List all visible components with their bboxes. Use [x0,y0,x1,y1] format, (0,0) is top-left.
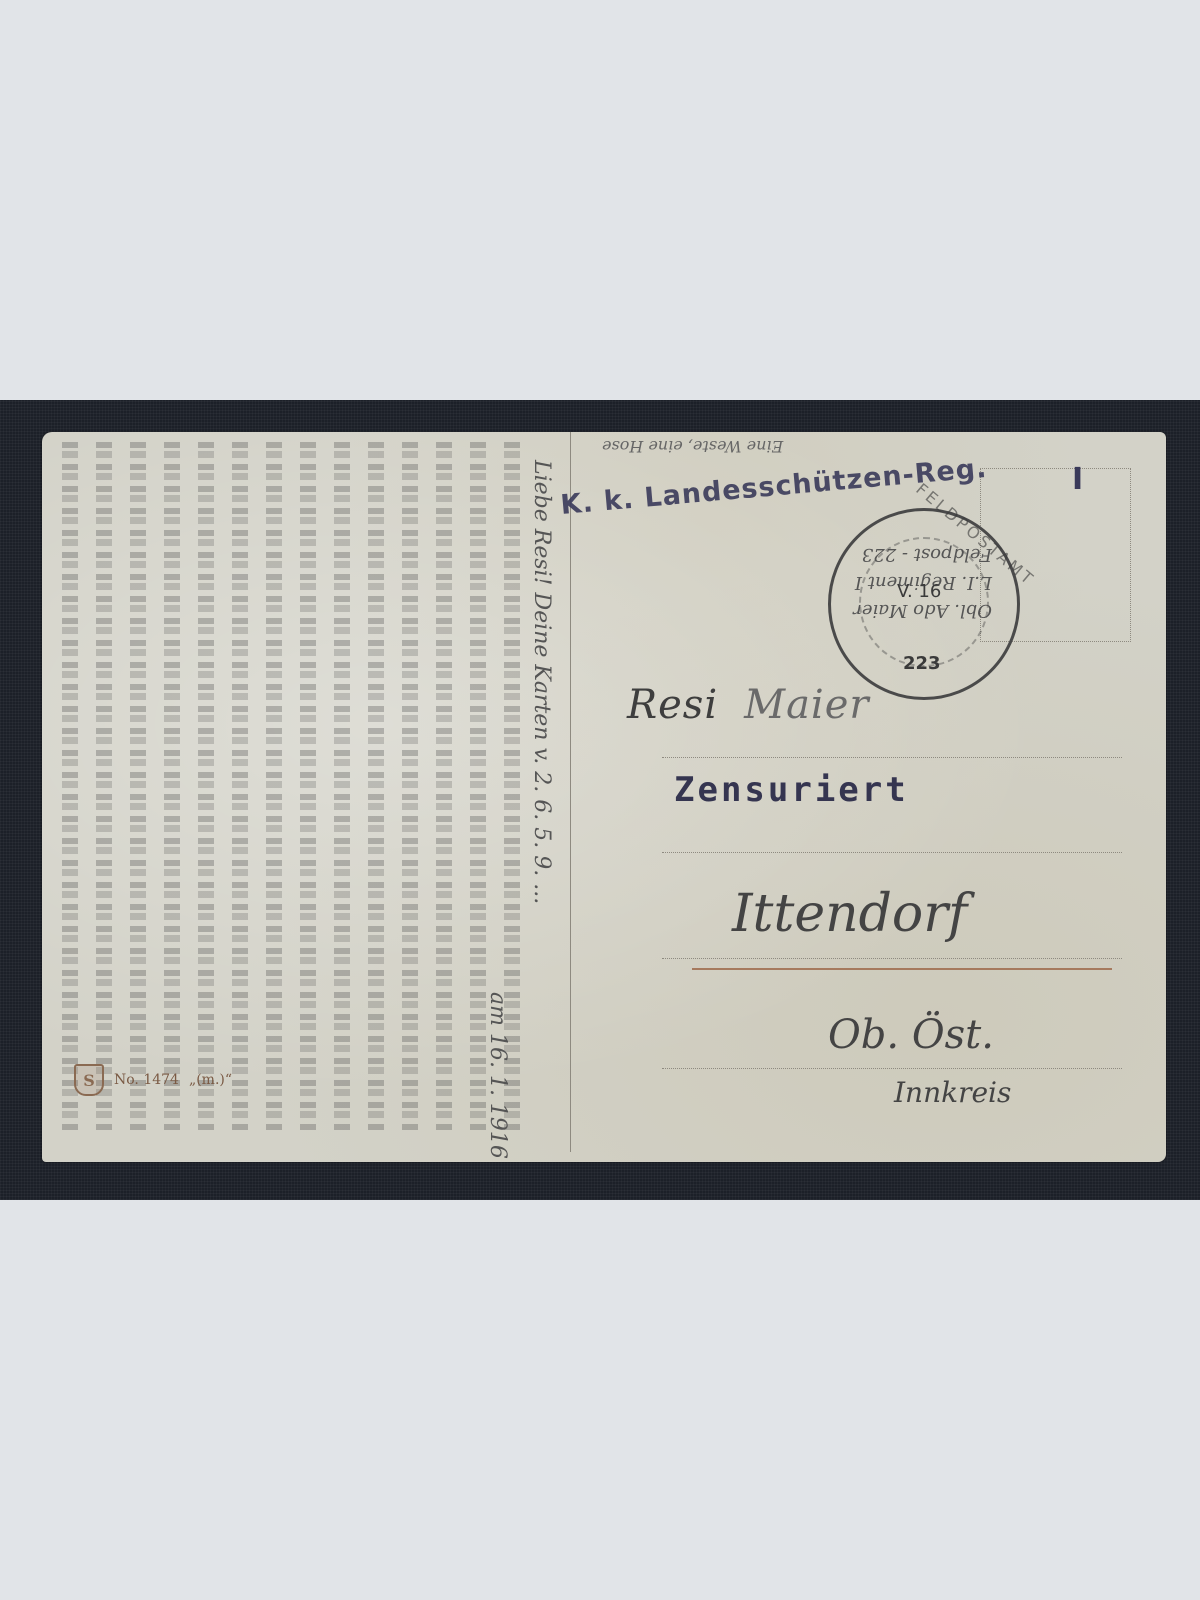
message-line [368,442,384,1132]
margin-note: Eine Weste, eine Hose [602,436,783,456]
address-line [662,852,1122,853]
recipient-name: ResiMaier [627,682,870,728]
message-line [62,442,78,1132]
message-line [470,442,486,1132]
regiment-numeral: I [1072,462,1083,497]
postmark: FELDPOSTAMT V. 16 223 [828,508,1020,700]
address-region: Innkreis [894,1076,1011,1109]
message-line [436,442,452,1132]
handwritten-message-area [52,442,557,1132]
address-line [662,1068,1122,1069]
message-line [96,442,112,1132]
recipient-surname: Maier [744,682,869,728]
postmark-inner-ring [859,537,989,667]
center-divider [570,432,571,1152]
publisher-logo-icon: S [74,1064,104,1096]
message-line [164,442,180,1132]
recipient-first-name: Resi [627,682,718,728]
postmark-number: 223 [903,653,941,674]
message-greeting: Liebe Resi! Deine Karten v. 2. 6. 5. 9. … [529,460,554,904]
message-line [198,442,214,1132]
publisher-imprint: S No. 1474 „(m.)“ [74,1064,232,1096]
address-line-brown [692,968,1112,970]
message-date: am 16. 1. 1916 [485,992,510,1159]
message-line [130,442,146,1132]
message-line [402,442,418,1132]
message-line [334,442,350,1132]
publisher-number: No. 1474 [114,1072,179,1088]
address-line [662,757,1122,758]
address-town: Ittendorf [732,884,967,944]
address-district: Ob. Öst. [828,1012,994,1058]
message-line [300,442,316,1132]
address-line [662,958,1122,959]
postcard: Liebe Resi! Deine Karten v. 2. 6. 5. 9. … [42,432,1166,1162]
censor-stamp: Zensuriert [674,770,909,810]
message-line [232,442,248,1132]
postmark-date: V. 16 [897,581,941,602]
publisher-code: „(m.)“ [189,1072,232,1088]
message-line [266,442,282,1132]
